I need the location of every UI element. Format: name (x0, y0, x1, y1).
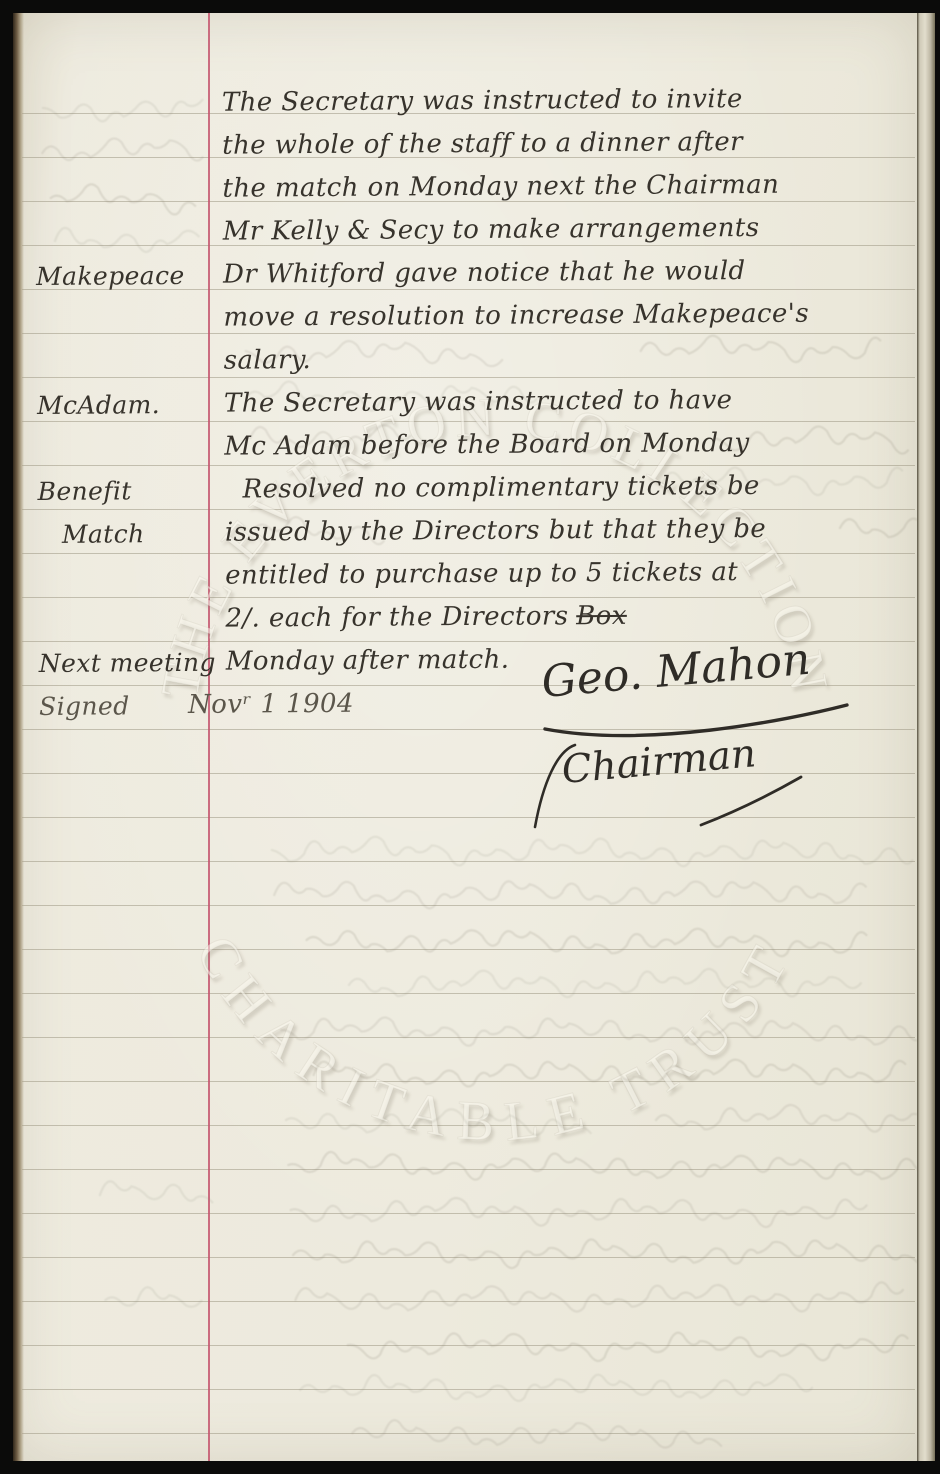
margin-note (14, 555, 209, 599)
minute-line: Mr Kelly & Secy to make arrangements (207, 206, 916, 254)
minute-line: The Secretary was instructed to have (208, 378, 917, 426)
minute-row-makepeace: Makepeace Dr Whitford gave notice that h… (12, 249, 916, 298)
margin-note-benefit: Benefit (13, 469, 208, 513)
signature-name: Geo. Mahon (540, 645, 813, 708)
minute-line: the match on Monday next the Chairman (206, 163, 915, 211)
minute-line-text: 2/. each for the Directors (225, 601, 568, 633)
signature-block: Geo. Mahon Chairman (505, 645, 885, 845)
minute-line: Dr Whitford gave notice that he would (207, 249, 916, 297)
margin-note (13, 426, 208, 470)
struck-word: Box (576, 601, 627, 631)
book-page-edges (917, 13, 935, 1461)
minute-row: entitled to purchase up to 5 tickets at (14, 550, 918, 599)
minute-line: The Secretary was instructed to invite (206, 77, 915, 125)
margin-note (14, 598, 209, 642)
minute-line: move a resolution to increase Makepeace'… (207, 292, 916, 340)
margin-note-makepeace: Makepeace (12, 254, 207, 298)
minute-line: Resolved no complimentary tickets be (208, 464, 917, 512)
minute-line: the whole of the staff to a dinner after (206, 120, 915, 168)
minute-book-scan: THE EVERTON COLLECTION CHARITABLE TRUST … (0, 0, 940, 1474)
minute-row: move a resolution to increase Makepeace'… (12, 292, 916, 341)
signature-title: Chairman (560, 731, 758, 793)
minute-row-benefit: Benefit Resolved no complimentary ticket… (13, 464, 917, 513)
margin-note (13, 340, 208, 384)
margin-note-next-meeting: Next meeting (15, 641, 210, 685)
minute-row: Mr Kelly & Secy to make arrangements (12, 206, 916, 255)
minute-line: salary. (208, 335, 917, 383)
minute-row: salary. (13, 335, 917, 384)
minute-line: issued by the Directors but that they be (209, 507, 918, 555)
minute-line: 2/. each for the DirectorsBox (209, 593, 918, 641)
minute-book-page: THE EVERTON COLLECTION CHARITABLE TRUST … (13, 13, 917, 1461)
margin-note-match: Match (14, 512, 209, 556)
margin-note (12, 211, 207, 255)
minute-row: Mc Adam before the Board on Monday (13, 421, 917, 470)
minute-row: The Secretary was instructed to invite (11, 77, 915, 126)
margin-note (11, 168, 206, 212)
margin-note (11, 82, 206, 126)
page-left-edge (13, 13, 24, 1461)
minute-line: entitled to purchase up to 5 tickets at (209, 550, 918, 598)
margin-note-mcadam: McAdam. (13, 383, 208, 427)
minute-row: the match on Monday next the Chairman (11, 163, 915, 212)
minute-row-mcadam: McAdam. The Secretary was instructed to … (13, 378, 917, 427)
minute-row-tickets: 2/. each for the DirectorsBox (14, 593, 918, 642)
margin-note (11, 125, 206, 169)
signature-graphic: Geo. Mahon Chairman (505, 645, 885, 845)
margin-note (12, 297, 207, 341)
minute-line: Mc Adam before the Board on Monday (208, 421, 917, 469)
minutes-text-block: The Secretary was instructed to invite t… (11, 77, 919, 728)
minute-row: the whole of the staff to a dinner after (11, 120, 915, 169)
minute-row-match: Match issued by the Directors but that t… (14, 507, 918, 556)
